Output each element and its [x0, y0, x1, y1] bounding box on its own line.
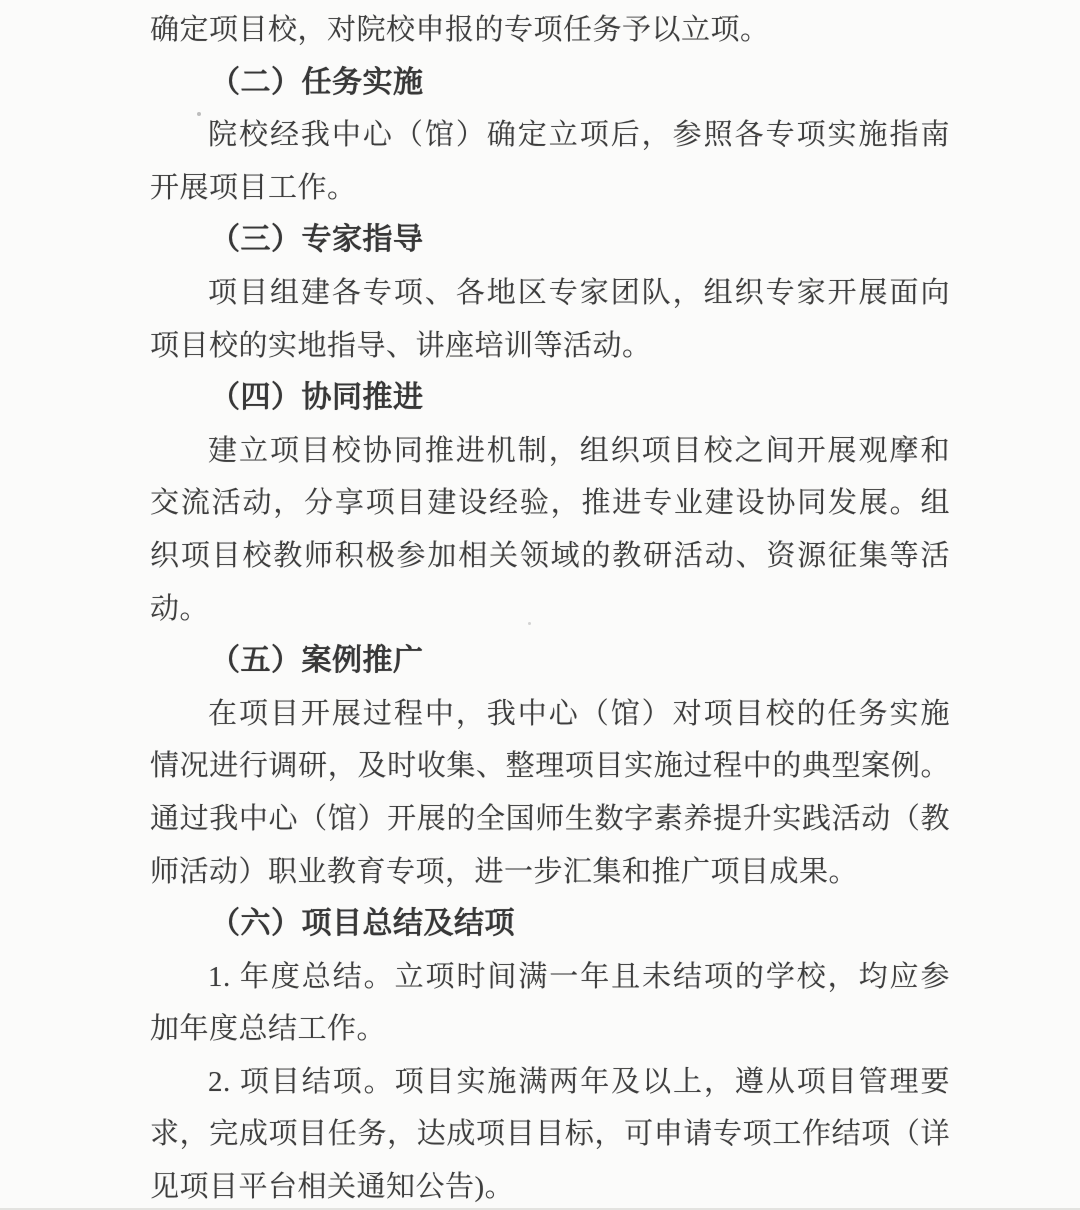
scan-speck	[197, 112, 201, 116]
section-heading: （四）协同推进	[150, 372, 950, 425]
text-line: 1. 年度总结。立项时间满一年且未结项的学校，均应参	[150, 951, 950, 1004]
text-line: 动。	[150, 583, 950, 636]
text-line: 项目组建各专项、各地区专家团队，组织专家开展面向	[150, 267, 950, 320]
text-line: 确定项目校，对院校申报的专项任务予以立项。	[150, 4, 950, 57]
document-content: 确定项目校，对院校申报的专项任务予以立项。（二）任务实施院校经我中心（馆）确定立…	[150, 4, 950, 1210]
section-heading: （六）项目总结及结项	[150, 898, 950, 951]
section-heading: （二）任务实施	[150, 57, 950, 110]
text-line: 通过我中心（馆）开展的全国师生数字素养提升实践活动（教	[150, 793, 950, 846]
text-line: 织项目校教师积极参加相关领域的教研活动、资源征集等活	[150, 530, 950, 583]
text-line: 师活动）职业教育专项，进一步汇集和推广项目成果。	[150, 846, 950, 899]
text-line: 院校经我中心（馆）确定立项后，参照各专项实施指南	[150, 109, 950, 162]
text-line: 开展项目工作。	[150, 162, 950, 215]
document-page: 确定项目校，对院校申报的专项任务予以立项。（二）任务实施院校经我中心（馆）确定立…	[0, 0, 1080, 1210]
text-line: 见项目平台相关通知公告)。	[150, 1161, 950, 1210]
text-line: 项目校的实地指导、讲座培训等活动。	[150, 320, 950, 373]
text-line: 交流活动，分享项目建设经验，推进专业建设协同发展。组	[150, 477, 950, 530]
text-line: 建立项目校协同推进机制，组织项目校之间开展观摩和	[150, 425, 950, 478]
text-line: 情况进行调研，及时收集、整理项目实施过程中的典型案例。	[150, 740, 950, 793]
section-heading: （三）专家指导	[150, 214, 950, 267]
section-heading: （五）案例推广	[150, 635, 950, 688]
text-line: 在项目开展过程中，我中心（馆）对项目校的任务实施	[150, 688, 950, 741]
text-line: 求，完成项目任务，达成项目目标，可申请专项工作结项（详	[150, 1108, 950, 1161]
text-line: 2. 项目结项。项目实施满两年及以上，遵从项目管理要	[150, 1056, 950, 1109]
scan-speck	[528, 622, 531, 625]
text-line: 加年度总结工作。	[150, 1003, 950, 1056]
